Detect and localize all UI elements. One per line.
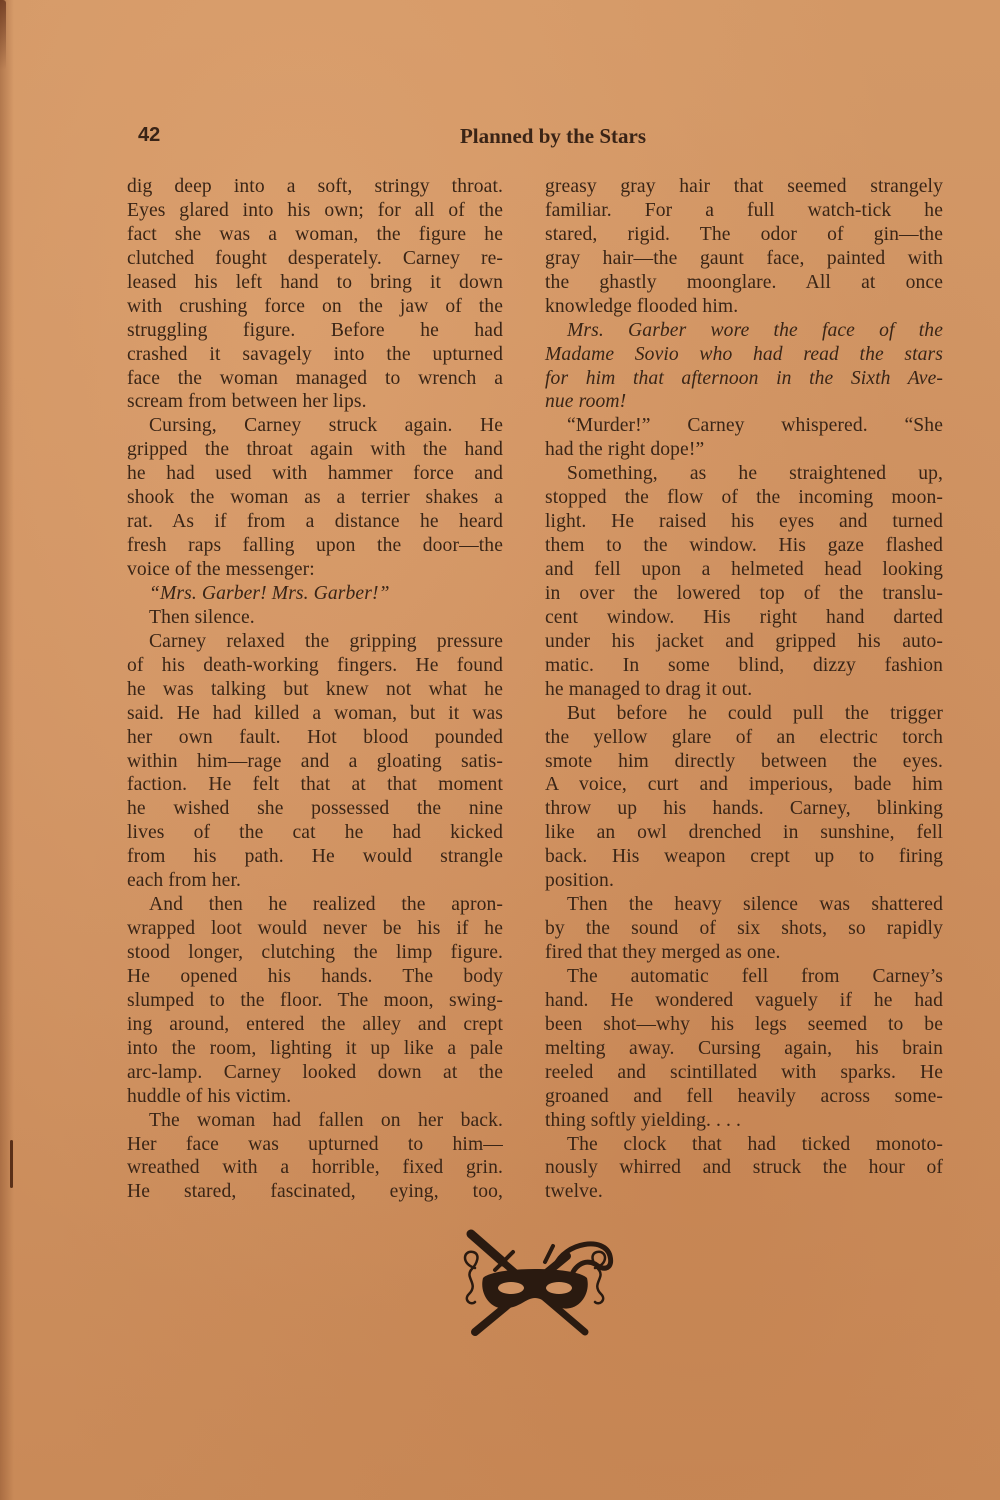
- text-line: under his jacket and gripped his auto-: [545, 630, 943, 654]
- text-line: the yellow glare of an electric torch: [545, 726, 943, 750]
- text-line: The woman had fallen on her back.: [127, 1109, 503, 1133]
- text-line: twelve.: [545, 1180, 943, 1204]
- text-line: hand. He wondered vaguely if he had: [545, 989, 943, 1013]
- text-line: familiar. For a full watch-tick he: [545, 199, 943, 223]
- text-line: melting away. Cursing again, his brain: [545, 1037, 943, 1061]
- text-line: fresh raps falling upon the door—the: [127, 534, 503, 558]
- left-text-column: dig deep into a soft, stringy throat.Eye…: [127, 175, 503, 1204]
- book-page: 42 Planned by the Stars dig deep into a …: [0, 0, 1000, 1500]
- text-line: back. His weapon crept up to firing: [545, 845, 943, 869]
- text-line: each from her.: [127, 869, 503, 893]
- text-line: gripped the throat again with the hand: [127, 438, 503, 462]
- text-line: by the sound of six shots, so rapidly: [545, 917, 943, 941]
- text-line: The clock that had ticked monoto-: [545, 1133, 943, 1157]
- text-line: greasy gray hair that seemed strangely: [545, 175, 943, 199]
- text-line: throw up his hands. Carney, blinking: [545, 797, 943, 821]
- text-line: he was talking but knew not what he: [127, 678, 503, 702]
- text-line: knowledge flooded him.: [545, 295, 943, 319]
- text-line: stopped the flow of the incoming moon-: [545, 486, 943, 510]
- text-line: them to the window. His gaze flashed: [545, 534, 943, 558]
- text-line: leased his left hand to bring it down: [127, 271, 503, 295]
- text-line: groaned and fell heavily across some-: [545, 1085, 943, 1109]
- text-line: clutched fought desperately. Carney re-: [127, 247, 503, 271]
- text-line: And then he realized the apron-: [127, 893, 503, 917]
- text-line: within him—rage and a gloating satis-: [127, 750, 503, 774]
- mask-dagger-pistol-emblem-icon: [455, 1228, 615, 1338]
- text-line: nously whirred and struck the hour of: [545, 1156, 943, 1180]
- text-line: scream from between her lips.: [127, 390, 503, 414]
- text-line: voice of the messenger:: [127, 558, 503, 582]
- text-line: for him that afternoon in the Sixth Ave-: [545, 367, 943, 391]
- text-line: Her face was upturned to him—: [127, 1133, 503, 1157]
- text-line: reeled and scintillated with sparks. He: [545, 1061, 943, 1085]
- text-line: Madame Sovio who had read the stars: [545, 343, 943, 367]
- text-line: The automatic fell from Carney’s: [545, 965, 943, 989]
- text-line: “Mrs. Garber! Mrs. Garber!”: [127, 582, 503, 606]
- text-line: ing around, entered the alley and crept: [127, 1013, 503, 1037]
- text-line: the ghastly moonglare. All at once: [545, 271, 943, 295]
- text-line: huddle of his victim.: [127, 1085, 503, 1109]
- text-line: fact she was a woman, the figure he: [127, 223, 503, 247]
- text-line: in over the lowered top of the translu-: [545, 582, 943, 606]
- text-line: he managed to drag it out.: [545, 678, 943, 702]
- text-line: struggling figure. Before he had: [127, 319, 503, 343]
- text-line: stared, rigid. The odor of gin—the: [545, 223, 943, 247]
- page-edge-shadow: [0, 0, 14, 1500]
- text-line: from his path. He would strangle: [127, 845, 503, 869]
- text-line: with crushing force on the jaw of the: [127, 295, 503, 319]
- text-line: her own fault. Hot blood pounded: [127, 726, 503, 750]
- text-line: gray hair—the gaunt face, painted with: [545, 247, 943, 271]
- text-line: Then the heavy silence was shattered: [545, 893, 943, 917]
- text-line: thing softly yielding. . . .: [545, 1109, 943, 1133]
- text-line: Something, as he straightened up,: [545, 462, 943, 486]
- text-line: wrapped loot would never be his if he: [127, 917, 503, 941]
- text-line: matic. In some blind, dizzy fashion: [545, 654, 943, 678]
- right-text-column: greasy gray hair that seemed strangelyfa…: [545, 175, 943, 1204]
- text-line: been shot—why his legs seemed to be: [545, 1013, 943, 1037]
- text-line: He stared, fascinated, eying, too,: [127, 1180, 503, 1204]
- text-line: Then silence.: [127, 606, 503, 630]
- text-line: Mrs. Garber wore the face of the: [545, 319, 943, 343]
- text-line: light. He raised his eyes and turned: [545, 510, 943, 534]
- text-line: arc-lamp. Carney looked down at the: [127, 1061, 503, 1085]
- text-line: wreathed with a horrible, fixed grin.: [127, 1156, 503, 1180]
- text-line: “Murder!” Carney whispered. “She: [545, 414, 943, 438]
- text-line: into the room, lighting it up like a pal…: [127, 1037, 503, 1061]
- text-line: said. He had killed a woman, but it was: [127, 702, 503, 726]
- text-line: rat. As if from a distance he heard: [127, 510, 503, 534]
- staple-mark: [10, 1140, 13, 1188]
- text-line: Cursing, Carney struck again. He: [127, 414, 503, 438]
- text-line: crashed it savagely into the upturned: [127, 343, 503, 367]
- running-title: Planned by the Stars: [138, 124, 948, 149]
- text-line: Eyes glared into his own; for all of the: [127, 199, 503, 223]
- text-line: nue room!: [545, 390, 943, 414]
- text-line: dig deep into a soft, stringy throat.: [127, 175, 503, 199]
- text-line: He opened his hands. The body: [127, 965, 503, 989]
- text-line: fired that they merged as one.: [545, 941, 943, 965]
- text-line: cent window. His right hand darted: [545, 606, 943, 630]
- text-line: of his death-working fingers. He found: [127, 654, 503, 678]
- text-line: and fell upon a helmeted head looking: [545, 558, 943, 582]
- text-line: Carney relaxed the gripping pressure: [127, 630, 503, 654]
- text-line: stood longer, clutching the limp figure.: [127, 941, 503, 965]
- text-line: had the right dope!”: [545, 438, 943, 462]
- text-line: shook the woman as a terrier shakes a: [127, 486, 503, 510]
- text-line: A voice, curt and imperious, bade him: [545, 773, 943, 797]
- text-line: he wished she possessed the nine: [127, 797, 503, 821]
- text-line: faction. He felt that at that moment: [127, 773, 503, 797]
- page-header: 42 Planned by the Stars: [138, 124, 948, 154]
- text-line: face the woman managed to wrench a: [127, 367, 503, 391]
- text-line: But before he could pull the trigger: [545, 702, 943, 726]
- text-line: smote him directly between the eyes.: [545, 750, 943, 774]
- text-line: like an owl drenched in sunshine, fell: [545, 821, 943, 845]
- text-line: he had used with hammer force and: [127, 462, 503, 486]
- text-line: slumped to the floor. The moon, swing-: [127, 989, 503, 1013]
- binding-mark: [0, 0, 6, 70]
- text-line: position.: [545, 869, 943, 893]
- text-line: lives of the cat he had kicked: [127, 821, 503, 845]
